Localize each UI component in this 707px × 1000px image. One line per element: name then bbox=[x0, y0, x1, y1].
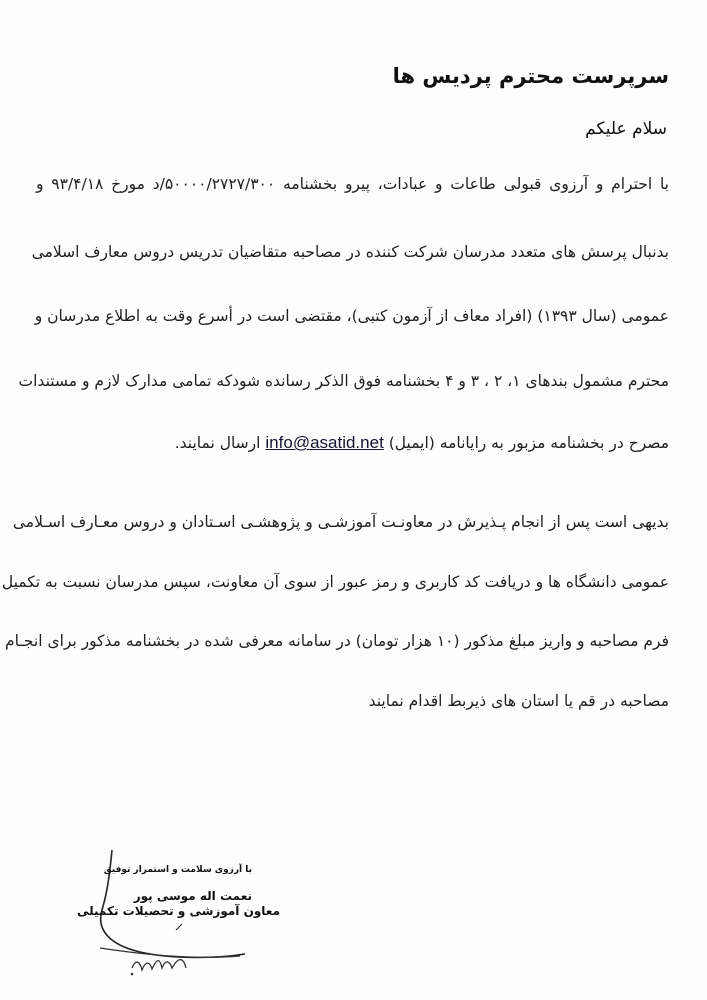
email-link[interactable]: info@asatid.net bbox=[265, 433, 383, 452]
paragraph2-line-1: بدیهی است پس از انجام پـذیرش در معاونـت … bbox=[36, 513, 669, 531]
paragraph2-line-3: فرم مصاحبه و واریز مبلغ مذکور (۱۰ هزار ت… bbox=[36, 632, 669, 650]
letter-greeting: سلام علیکم bbox=[585, 119, 667, 139]
signature-block: با آرزوی سلامت و استمرار توفیق نعمت اله … bbox=[80, 850, 280, 980]
paragraph1-line-1: با احترام و آرزوی قبولی طاعات و عبادات، … bbox=[36, 175, 669, 193]
paragraph1-line-3: عمومی (سال ۱۳۹۳) (افراد معاف از آزمون کت… bbox=[36, 307, 669, 325]
signatory-name: نعمت اله موسی پور bbox=[134, 889, 252, 903]
paragraph2-line-2: عمومی دانشگاه ها و دریافت کد کاربری و رم… bbox=[36, 573, 669, 591]
paragraph1-line-5-before: مصرح در بخشنامه مزبور به رایانامه (ایمیل… bbox=[389, 434, 669, 452]
paragraph1-line-5: مصرح در بخشنامه مزبور به رایانامه (ایمیل… bbox=[36, 433, 669, 453]
paragraph2-line-4: مصاحبه در قم یا استان های ذیربط اقدام نم… bbox=[36, 692, 669, 710]
signatory-position: معاون آموزشی و تحصیلات تکمیلی bbox=[77, 904, 280, 918]
paragraph1-line-2: بدنبال پرسش های متعدد مدرسان شرکت کننده … bbox=[36, 243, 669, 261]
paragraph1-line-4: محترم مشمول بندهای ۱، ۲ ، ۳ و ۴ بخشنامه … bbox=[36, 372, 669, 390]
signature-closing-wish: با آرزوی سلامت و استمرار توفیق bbox=[104, 865, 252, 875]
letter-page: سرپرست محترم پردیس ها سلام علیکم با احتر… bbox=[0, 0, 707, 1000]
letter-recipient-title: سرپرست محترم پردیس ها bbox=[393, 64, 669, 88]
paragraph1-line-5-after: ارسال نمایند. bbox=[175, 434, 261, 452]
